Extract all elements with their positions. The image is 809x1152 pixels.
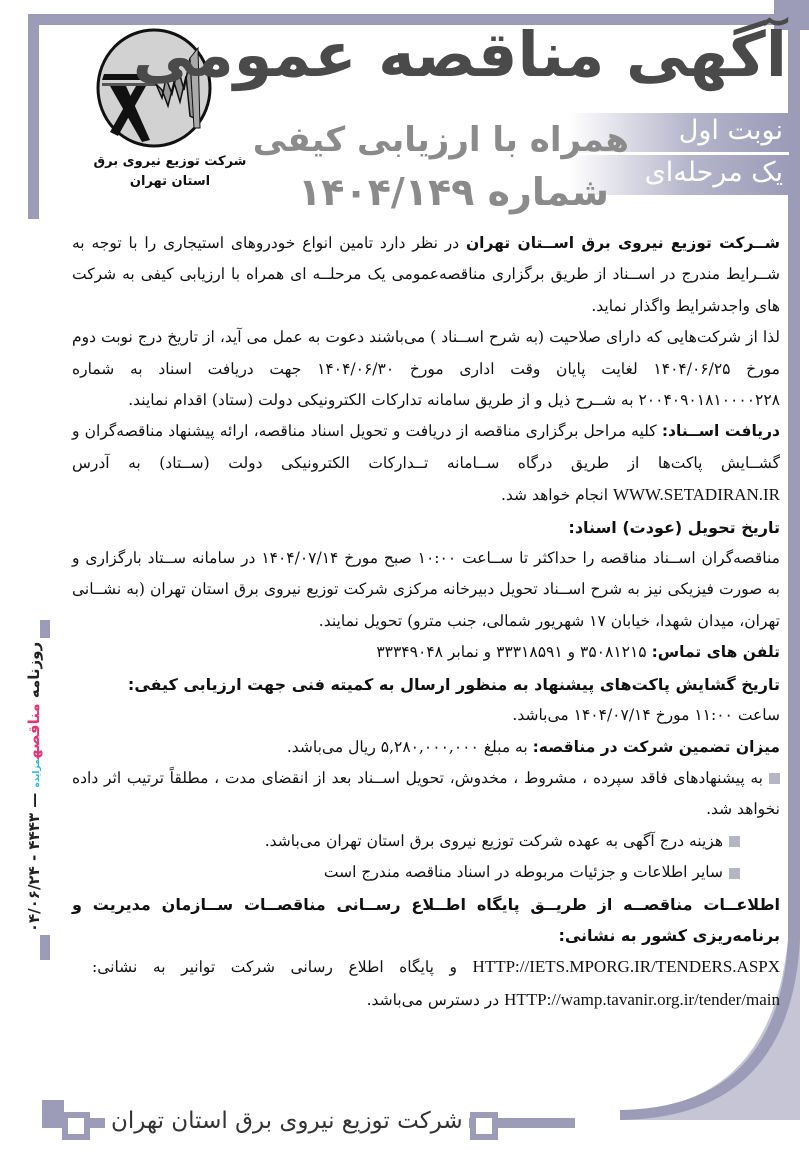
setad-link[interactable]: WWW.SETADIRAN.IR bbox=[613, 485, 780, 504]
square-bullet-icon bbox=[769, 773, 780, 784]
frame-left-bar bbox=[28, 14, 39, 219]
invitation-paragraph: لذا از شرکت‌هایی که دارای صلاحیت (به شرح… bbox=[72, 322, 780, 416]
square-bullet-icon bbox=[729, 868, 740, 879]
page-title: آگهی مناقصه عمومی bbox=[133, 18, 787, 91]
info-heading: اطلاعــات مناقصــه از طریــق پایگاه اطــ… bbox=[72, 889, 780, 952]
info-mid-text: و پایگاه اطلاع رسانی شرکت توانیر به نشان… bbox=[92, 958, 473, 976]
guarantee-label: میزان تضمین شرکت در مناقصه: bbox=[533, 738, 780, 756]
bullet-text: سایر اطلاعات و جزئیات مربوطه در اسناد من… bbox=[324, 863, 723, 881]
publication-sidebar: روزنامه مناقصهمزایده — ۴۴۴۳ - ۰۴/۰۶/۲۴ bbox=[10, 640, 58, 935]
publication-brand-auction: مزایده bbox=[32, 759, 42, 788]
guarantee-paragraph: میزان تضمین شرکت در مناقصه: به مبلغ ۵,۲۸… bbox=[72, 732, 780, 763]
receive-paragraph: دریافت اســناد: کلیه مراحل برگزاری مناقص… bbox=[72, 416, 780, 511]
intro-paragraph: شــرکت توزیع نیروی برق اســتان تهران در … bbox=[72, 228, 780, 322]
guarantee-text: به مبلغ ۵,۲۸۰,۰۰۰,۰۰۰ ریال می‌باشد. bbox=[287, 738, 533, 756]
info-end-text: در دسترس می‌باشد. bbox=[367, 991, 505, 1009]
logo-caption-line2: استان تهران bbox=[70, 172, 270, 192]
frame-left-segment bbox=[40, 620, 50, 638]
bullet-item: هزینه درج آگهی به عهده شرکت توزیع نیروی … bbox=[72, 826, 780, 857]
footer-square-ornament bbox=[62, 1112, 90, 1140]
publication-prefix: روزنامه bbox=[25, 642, 43, 698]
tender-body: شــرکت توزیع نیروی برق اســتان تهران در … bbox=[72, 228, 780, 1016]
publication-stamp: روزنامه مناقصهمزایده — ۴۴۴۳ - ۰۴/۰۶/۲۴ bbox=[25, 642, 43, 932]
square-bullet-icon bbox=[729, 836, 740, 847]
bullet-item: سایر اطلاعات و جزئیات مربوطه در اسناد من… bbox=[72, 857, 780, 888]
delivery-heading: تاریخ تحویل (عودت) اسناد: bbox=[72, 512, 780, 543]
receive-label: دریافت اســناد: bbox=[662, 422, 780, 440]
logo-caption: شرکت توزیع نیروی برق استان تهران bbox=[70, 152, 270, 192]
frame-right-bar bbox=[788, 28, 800, 978]
phones-paragraph: تلفن های تماس: ۳۵۰۸۱۲۱۵ و ۳۳۳۱۸۵۹۱ و نما… bbox=[72, 637, 780, 668]
page-subtitle: همراه با ارزیابی کیفی bbox=[253, 120, 629, 160]
frame-left-segment bbox=[40, 935, 50, 960]
phones-text: ۳۵۰۸۱۲۱۵ و ۳۳۳۱۸۵۹۱ و نمابر ۳۳۳۴۹۰۴۸ bbox=[376, 643, 651, 661]
frame-bottom-left-bar bbox=[42, 1100, 64, 1128]
company-name: شــرکت توزیع نیروی برق اســتان تهران bbox=[466, 234, 780, 252]
bullet-text: به پیشنهادهای فاقد سپرده ، مشروط ، مخدوش… bbox=[72, 769, 780, 818]
opening-paragraph: ساعت ۱۱:۰۰ مورخ ۱۴۰۴/۰۷/۱۴ می‌باشد. bbox=[72, 700, 780, 731]
receive-end: انجام خواهد شد. bbox=[501, 486, 613, 504]
phones-label: تلفن های تماس: bbox=[652, 643, 780, 661]
tender-number: شماره ۱۴۰۴/۱۴۹ bbox=[298, 170, 609, 214]
publication-brand-tender: مناقصه bbox=[25, 703, 43, 759]
opening-heading: تاریخ گشایش پاکت‌های پیشنهاد به منظور ار… bbox=[72, 669, 780, 700]
bullet-item: به پیشنهادهای فاقد سپرده ، مشروط ، مخدوش… bbox=[72, 763, 780, 826]
publication-issue: — ۴۴۴۳ - ۰۴/۰۶/۲۴ bbox=[25, 793, 43, 932]
tavanir-link[interactable]: HTTP://wamp.tavanir.org.ir/tender/main bbox=[504, 990, 780, 1009]
iets-link[interactable]: HTTP://IETS.MPORG.IR/TENDERS.ASPX bbox=[473, 957, 780, 976]
bullet-text: هزینه درج آگهی به عهده شرکت توزیع نیروی … bbox=[265, 832, 723, 850]
logo-caption-line1: شرکت توزیع نیروی برق bbox=[70, 152, 270, 172]
info-paragraph: HTTP://IETS.MPORG.IR/TENDERS.ASPX و پایگ… bbox=[72, 951, 780, 1016]
footer-company-name: شرکت توزیع نیروی برق استان تهران bbox=[105, 1108, 469, 1134]
round-badge: نوبت اول bbox=[679, 115, 783, 146]
delivery-paragraph: مناقصه‌گران اســناد مناقصه را حداکثر تا … bbox=[72, 543, 780, 637]
stage-badge: یک مرحله‌ای bbox=[645, 157, 783, 188]
footer-square-ornament bbox=[470, 1112, 498, 1140]
